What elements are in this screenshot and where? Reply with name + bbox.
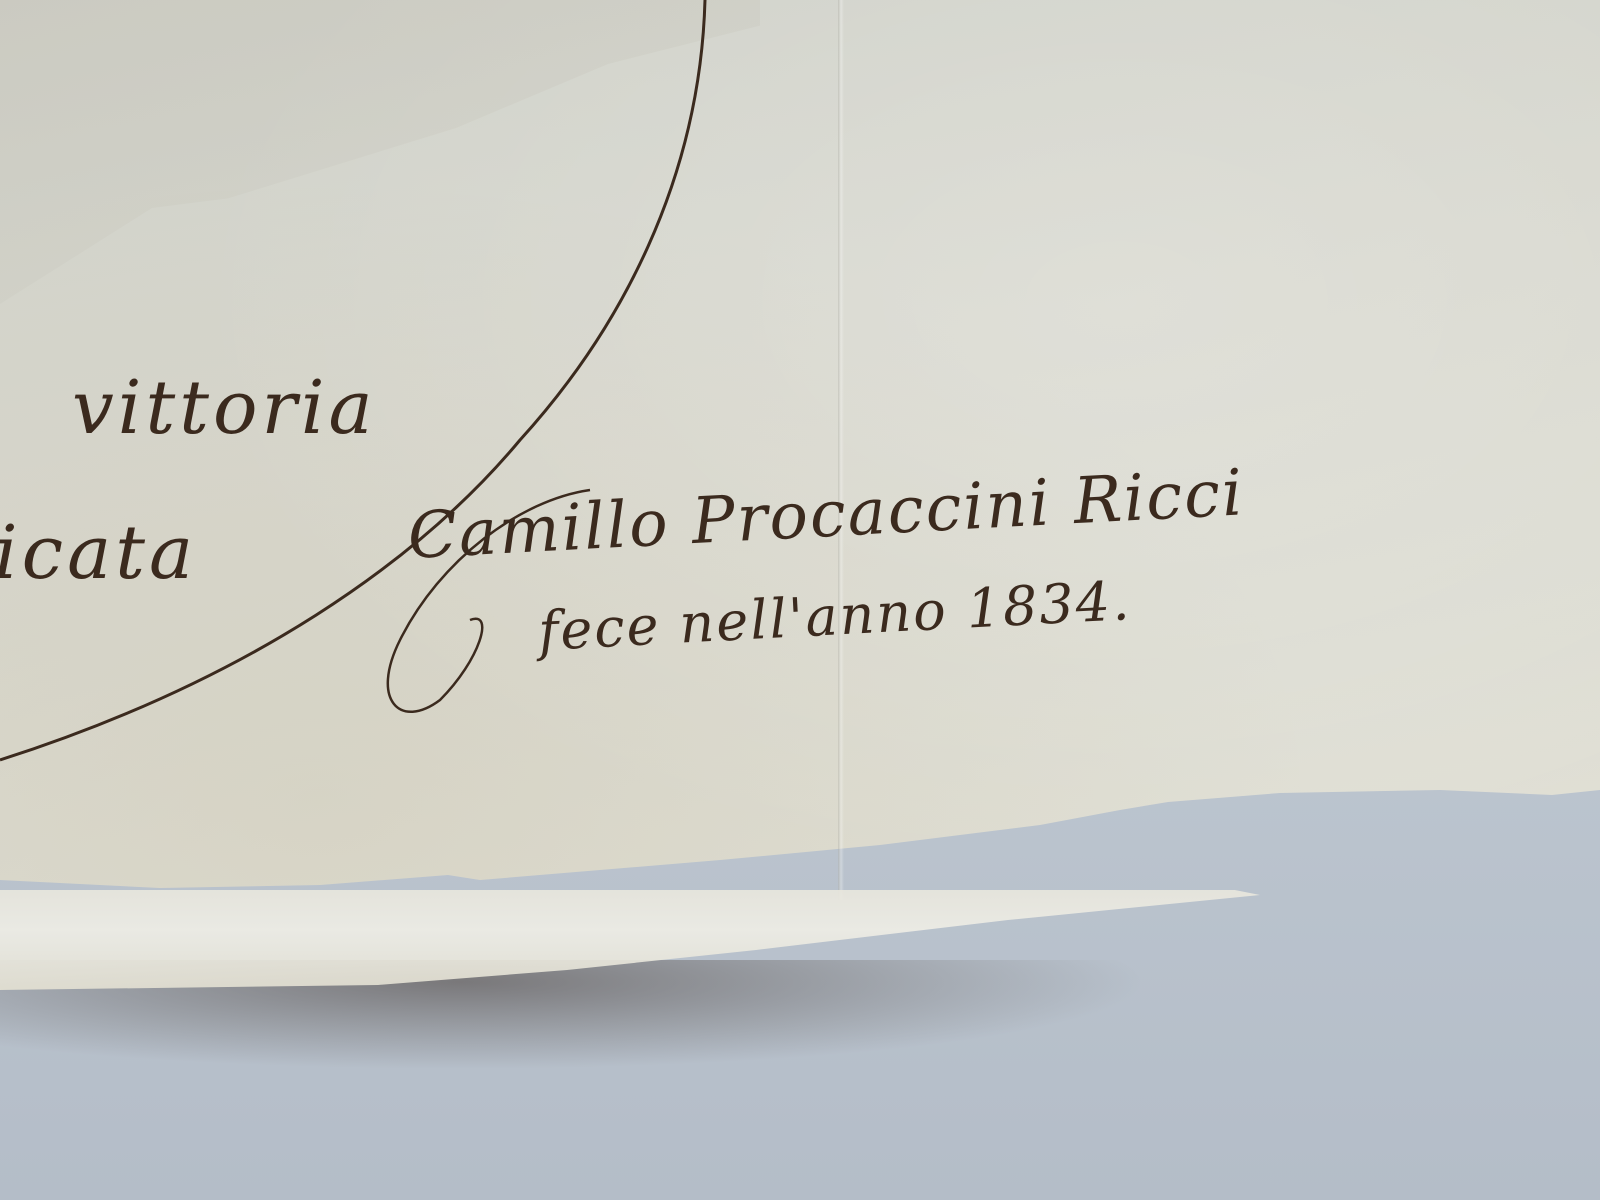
handwritten-word-vittoria: vittoria [72, 365, 377, 451]
paper-crease [838, 0, 844, 900]
handwritten-word-icata: icata [0, 510, 197, 596]
